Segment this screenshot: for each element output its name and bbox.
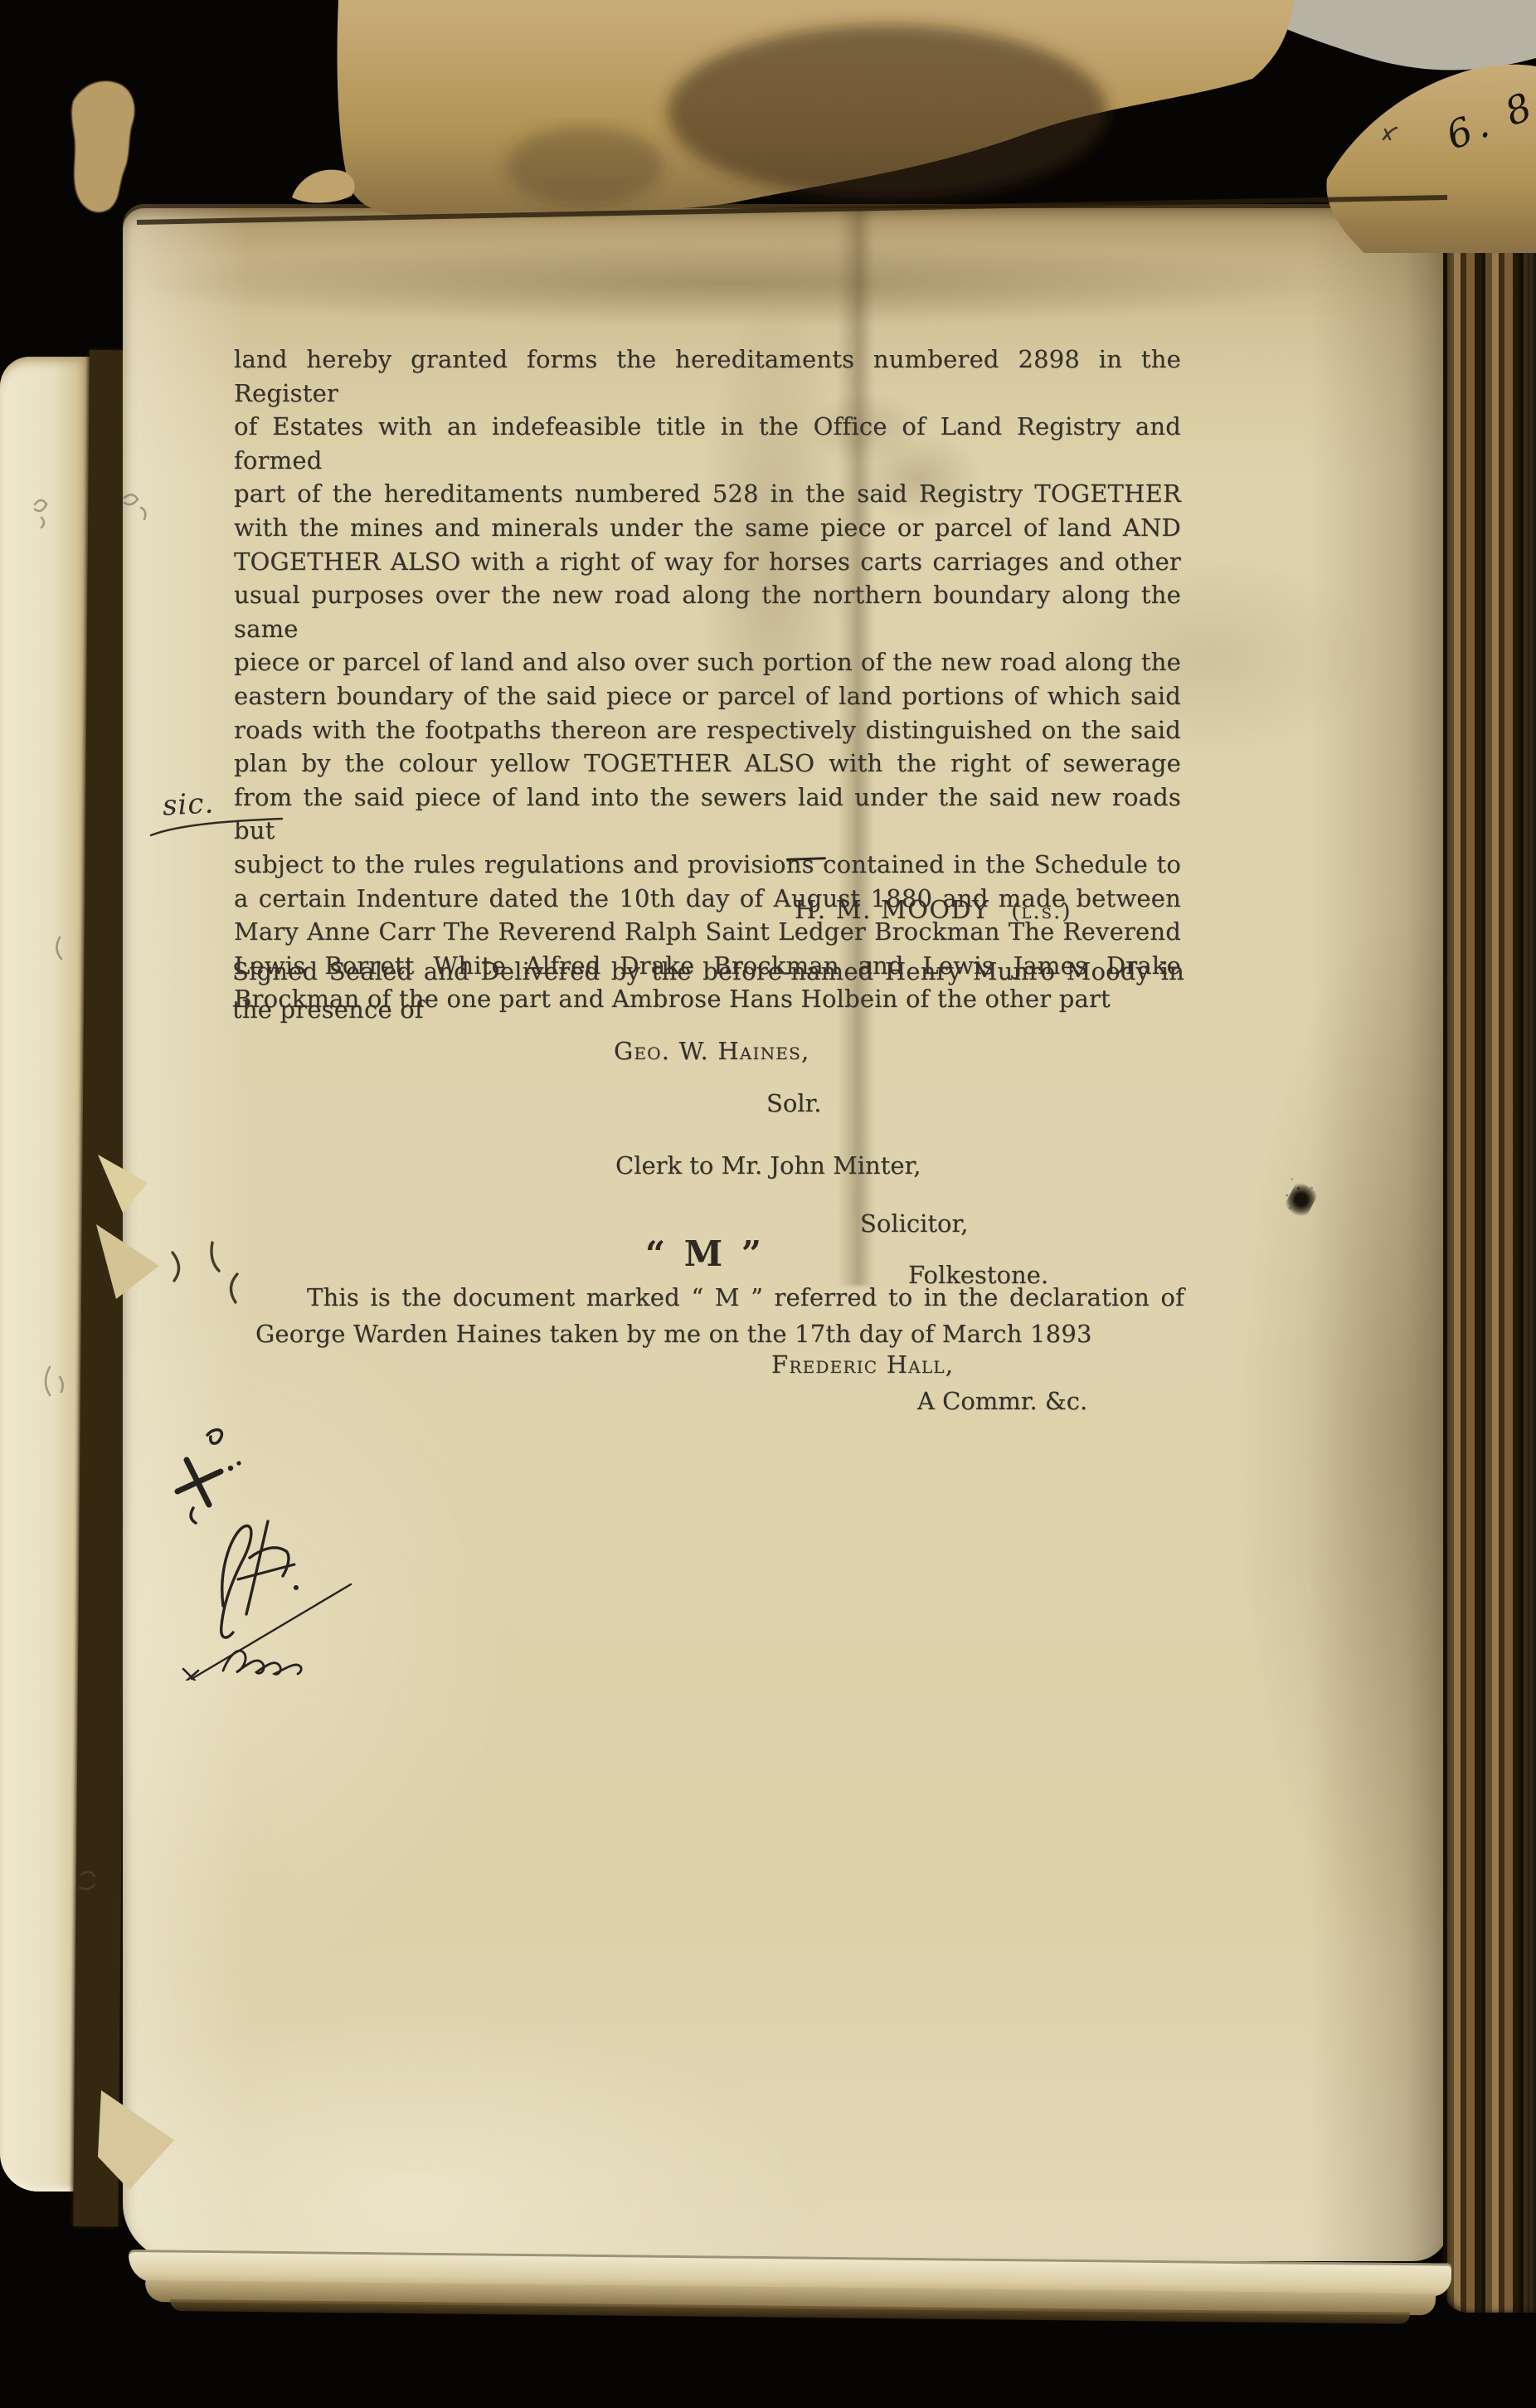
paragraph-line: piece or parcel of land and also over su… bbox=[234, 645, 1181, 679]
attestation-clause: Signed Sealed and Delivered by the befor… bbox=[232, 952, 1184, 1029]
declaration-line: This is the document marked “ M ” referr… bbox=[242, 1279, 1184, 1316]
paragraph-line: land hereby granted forms the hereditame… bbox=[234, 343, 1181, 410]
paragraph-line: eastern boundary of the said piece or pa… bbox=[234, 679, 1181, 713]
exhibit-mark-heading: “ M ” bbox=[232, 1233, 1178, 1274]
paragraph-line: subject to the rules regulations and pro… bbox=[234, 848, 1181, 882]
commissioner-title: A Commr. &c. bbox=[917, 1387, 1087, 1415]
witness-description: Clerk to Mr. John Minter, bbox=[615, 1151, 921, 1180]
exhibit-declaration: This is the document marked “ M ” referr… bbox=[242, 1279, 1184, 1352]
margin-pencil-marks bbox=[17, 465, 182, 1958]
witness-qualification: Solr. bbox=[766, 1089, 822, 1117]
shadow-blotch bbox=[668, 25, 1107, 199]
paragraph-line: part of the hereditaments numbered 528 i… bbox=[234, 477, 1181, 511]
torn-tab-left bbox=[71, 81, 134, 212]
executed-by-line: H. M. MOODY(l.s.) bbox=[795, 896, 1072, 925]
torn-curl-small bbox=[292, 170, 355, 203]
declaration-line: George Warden Haines taken by me on the … bbox=[242, 1316, 1184, 1352]
paragraph-line: plan by the colour yellow TOGETHER ALSO … bbox=[234, 747, 1181, 781]
commissioner-name: Frederic Hall, bbox=[771, 1350, 954, 1379]
torn-paper-fragments bbox=[0, 0, 1536, 274]
shadow-blotch-small bbox=[506, 126, 663, 206]
paragraph-line: of Estates with an indefeasible title in… bbox=[234, 410, 1181, 477]
paragraph-line: from the said piece of land into the sew… bbox=[234, 781, 1181, 848]
attestation-line: the presence of bbox=[232, 990, 1184, 1029]
paragraph-line: TOGETHER ALSO with a right of way for ho… bbox=[234, 545, 1181, 579]
executing-party-name: H. M. MOODY bbox=[795, 896, 989, 925]
paragraph-line: usual purposes over the new road along t… bbox=[234, 578, 1181, 645]
right-page-edges bbox=[1443, 189, 1536, 2313]
attestation-line: Signed Sealed and Delivered by the befor… bbox=[232, 952, 1184, 990]
seal-abbreviation: (l.s.) bbox=[1011, 899, 1072, 924]
scanned-book-page: 6. 8 land hereby granted forms the hered… bbox=[0, 0, 1536, 2408]
paragraph-line: with the mines and minerals under the sa… bbox=[234, 511, 1181, 545]
paragraph-line: roads with the footpaths thereon are res… bbox=[234, 713, 1181, 747]
witness-name: Geo. W. Haines, bbox=[614, 1037, 809, 1065]
